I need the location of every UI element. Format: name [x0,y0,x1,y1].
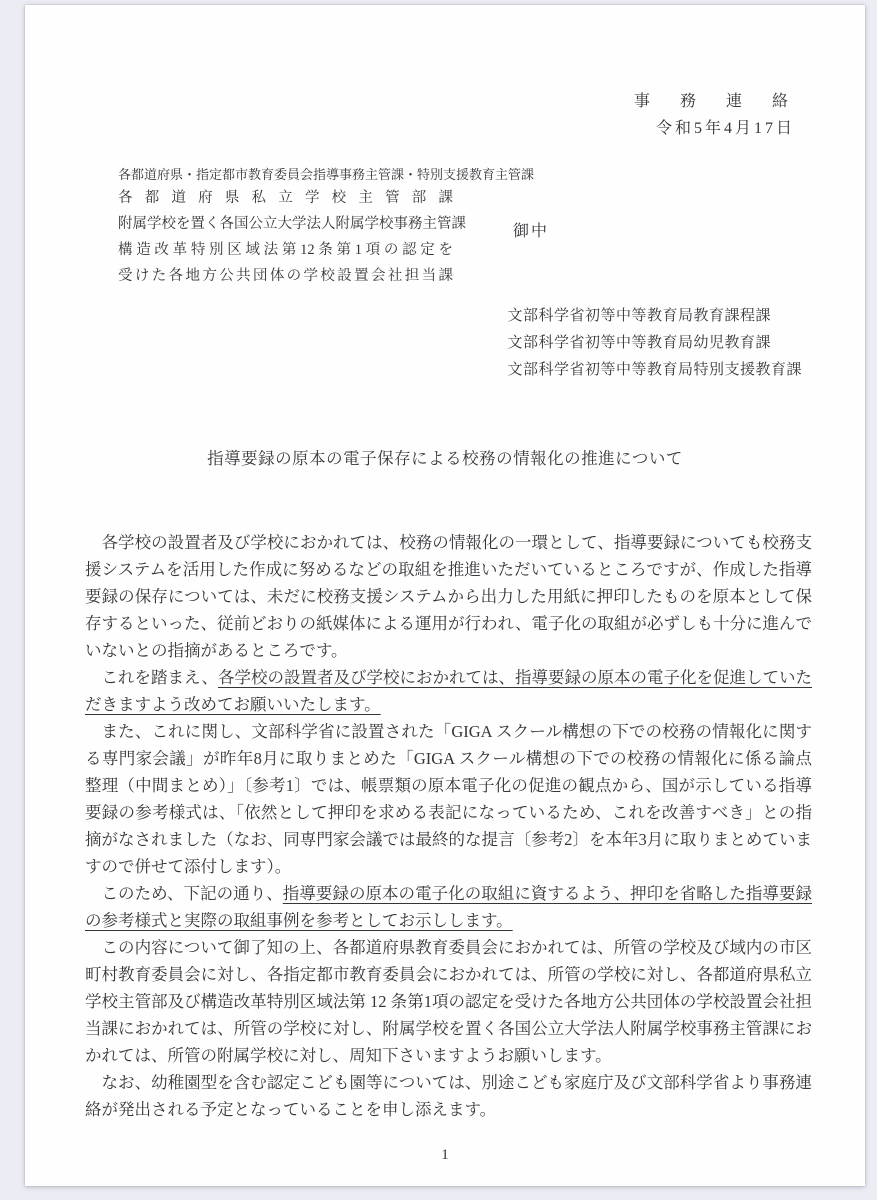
recipient-line: 附属学校を置く各国公立大学法人附属学校事務主管課 [118,211,534,237]
body-paragraph: この内容について御了知の上、各都道府県教育委員会におかれては、所管の学校及び域内… [85,934,812,1069]
body-paragraph: なお、幼稚園型を含む認定こども園等については、別途こども家庭庁及び文部科学省より… [85,1069,812,1123]
page-number: 1 [25,1147,865,1164]
document-title: 指導要録の原本の電子保存による校務の情報化の推進について [25,445,865,469]
text-run: これを踏まえ、 [102,668,219,687]
doc-type-label: 事 務 連 絡 [634,88,795,115]
addressee-block: 各都道府県・指定都市教育委員会指導事務主管課・特別支援教育主管課各都道府県私立学… [118,164,534,289]
text-run: この内容について御了知の上、各都道府県教育委員会におかれては、所管の学校及び域内… [85,938,812,1065]
recipient-line: 受けた各地方公共団体の学校設置会社担当課 [118,263,453,289]
body-paragraph: また、これに関し、文部科学省に設置された「GIGA スクール構想の下での校務の情… [85,718,812,880]
document-viewer-background: 事 務 連 絡 令和5年4月17日 各都道府県・指定都市教育委員会指導事務主管課… [0,0,877,1200]
document-page: 事 務 連 絡 令和5年4月17日 各都道府県・指定都市教育委員会指導事務主管課… [25,5,865,1186]
sender-line: 文部科学省初等中等教育局幼児教育課 [507,330,802,357]
text-run: なお、幼稚園型を含む認定こども園等については、別途こども家庭庁及び文部科学省より… [85,1073,812,1119]
doc-date: 令和5年4月17日 [634,115,795,142]
document-body: 各学校の設置者及び学校におかれては、校務の情報化の一環として、指導要録についても… [85,529,812,1123]
body-paragraph: 各学校の設置者及び学校におかれては、校務の情報化の一環として、指導要録についても… [85,529,812,664]
body-paragraph: これを踏まえ、各学校の設置者及び学校におかれては、指導要録の原本の電子化を促進し… [85,664,812,718]
sender-line: 文部科学省初等中等教育局特別支援教育課 [507,357,802,384]
recipient-line: 構造改革特別区域法第12条第1項の認定を [118,237,453,263]
recipient-line: 各都道府県私立学校主管部課 [118,185,453,211]
recipient-honorific: 御中 [513,218,549,241]
body-paragraph: このため、下記の通り、指導要録の原本の電子化の取組に資するよう、押印を省略した指… [85,880,812,934]
sender-line: 文部科学省初等中等教育局教育課程課 [507,303,802,330]
header-meta-block: 事 務 連 絡 令和5年4月17日 [634,88,795,142]
text-run: 各学校の設置者及び学校におかれては、校務の情報化の一環として、指導要録についても… [85,533,812,660]
text-run: また、これに関し、文部科学省に設置された「GIGA スクール構想の下での校務の情… [85,722,812,876]
recipient-line: 各都道府県・指定都市教育委員会指導事務主管課・特別支援教育主管課 [118,164,534,185]
sender-block: 文部科学省初等中等教育局教育課程課文部科学省初等中等教育局幼児教育課文部科学省初… [507,303,802,384]
text-run: このため、下記の通り、 [102,884,283,903]
